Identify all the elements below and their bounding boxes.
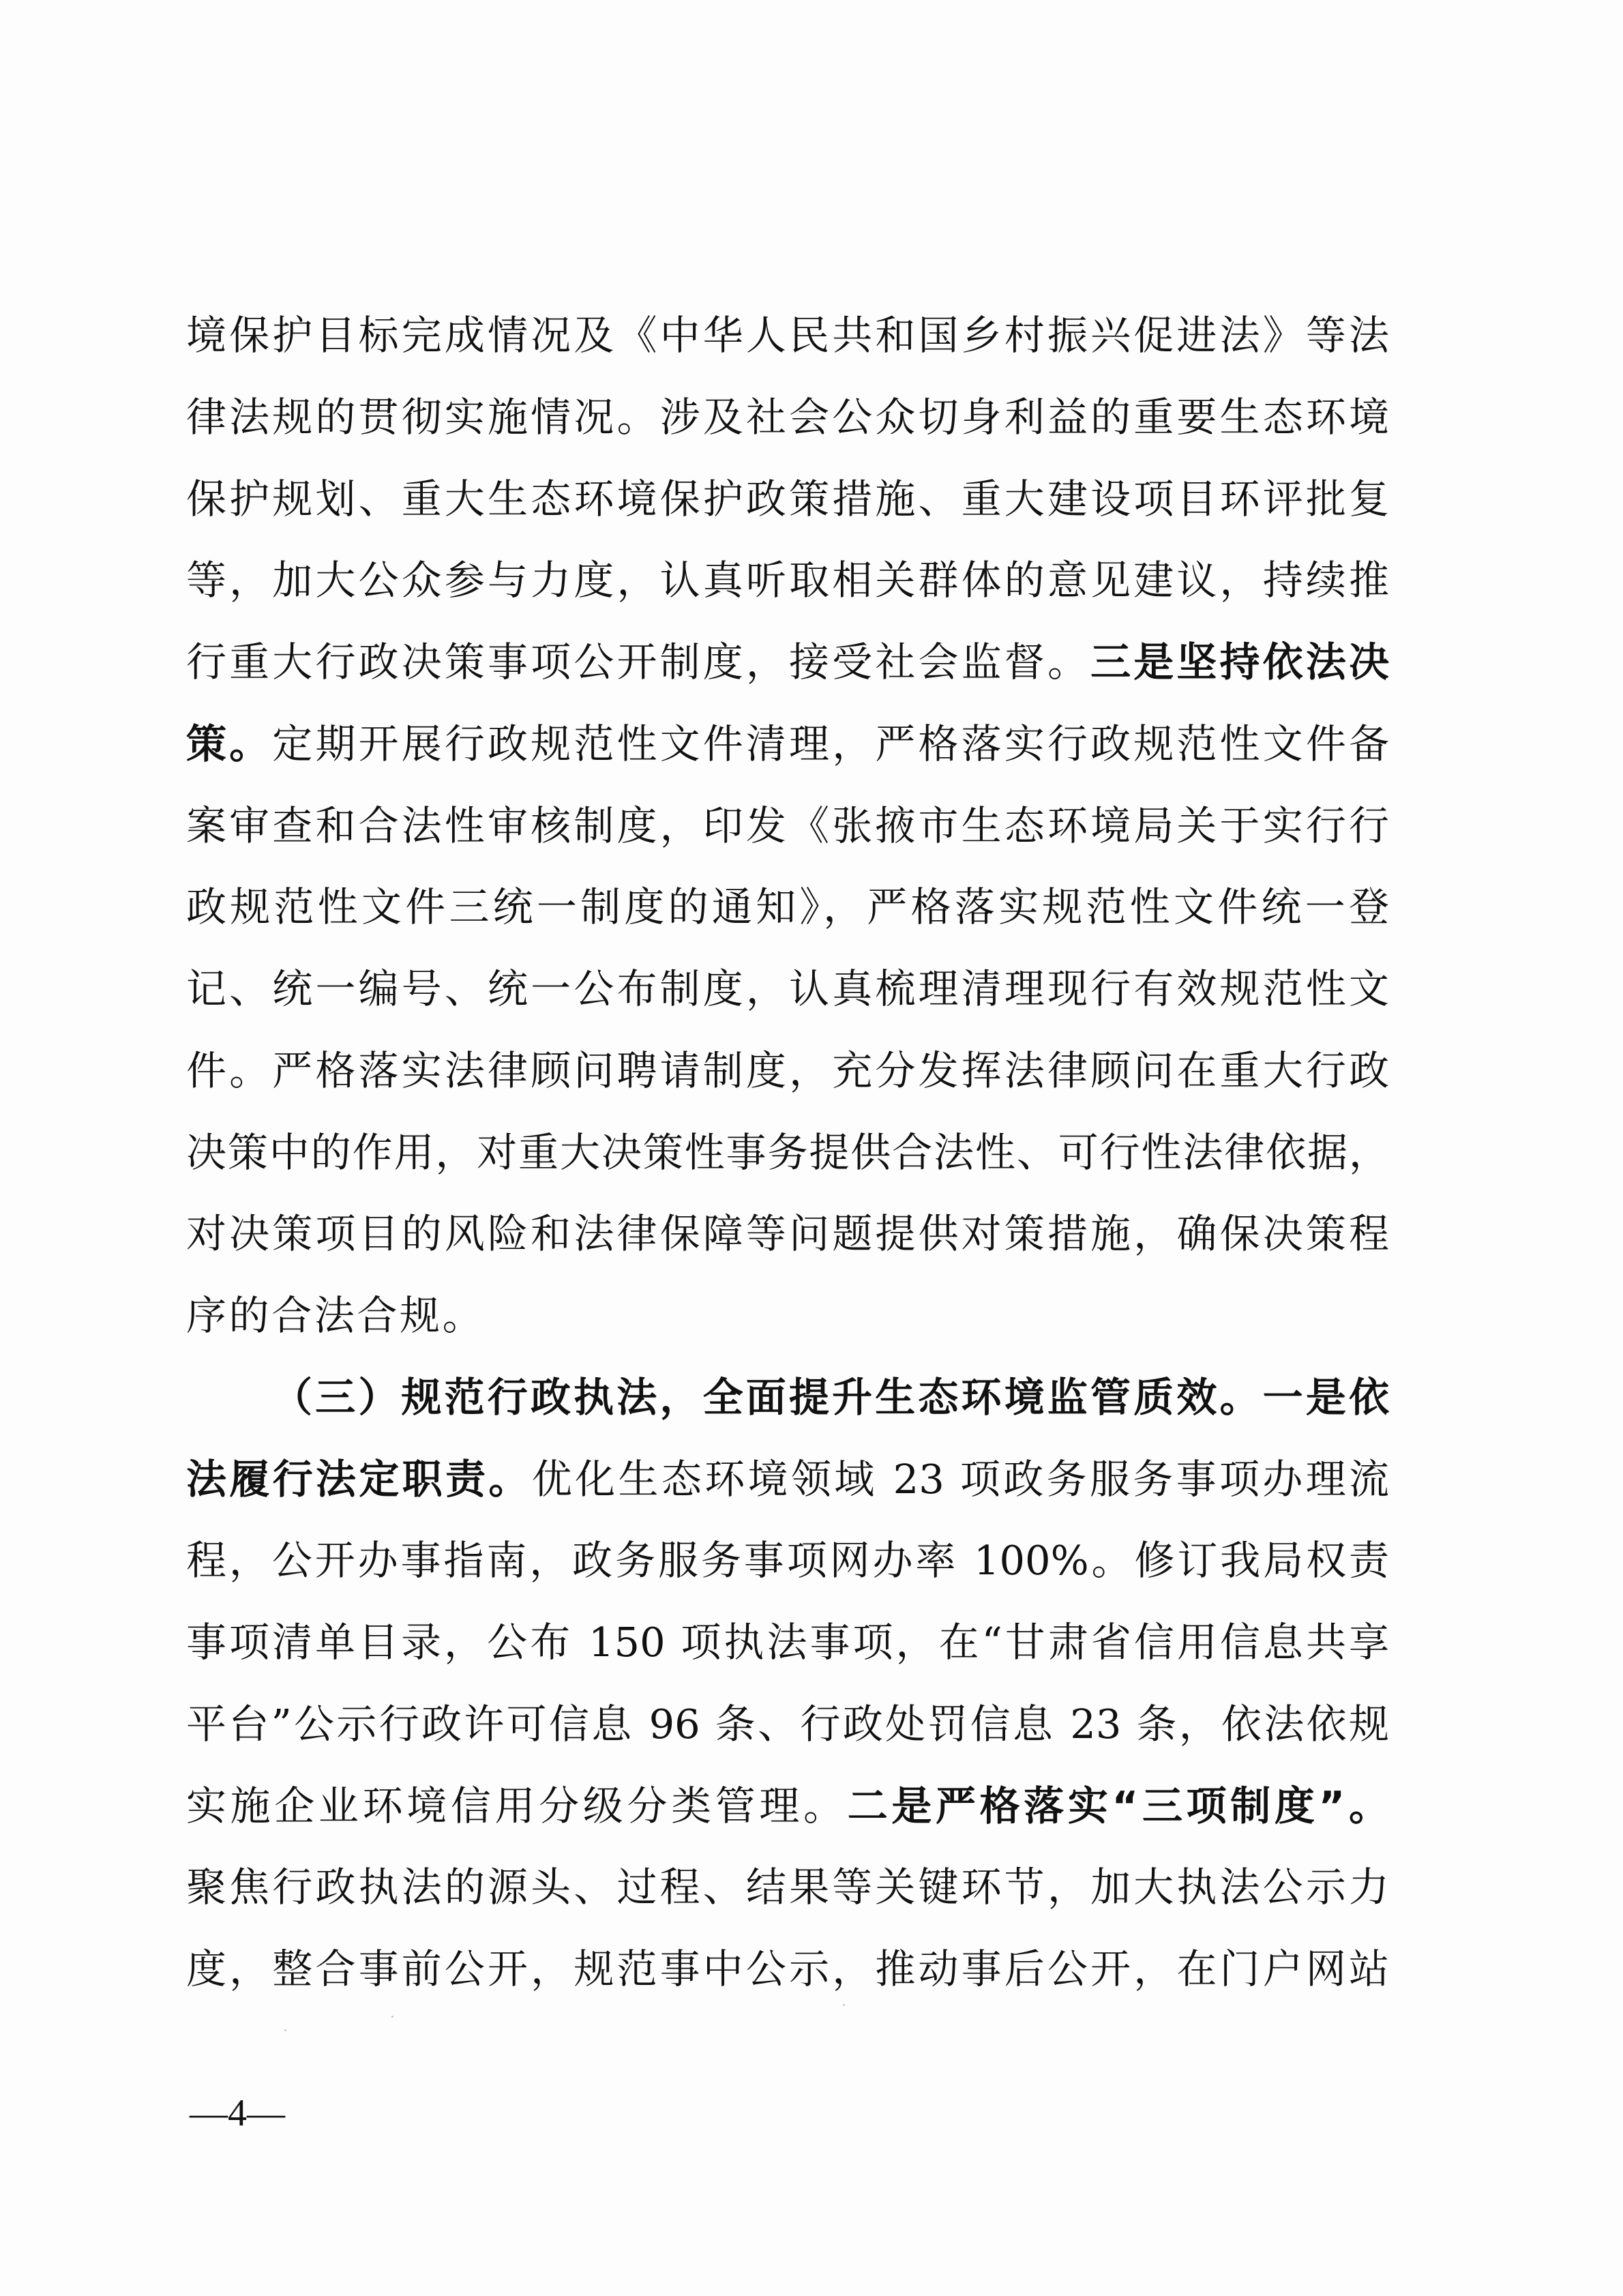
text-segment: 实施企业环境信用分级分类管理。 — [186, 1782, 848, 1829]
text-line: 案审查和合法性审核制度，印发《张掖市生态环境局关于实行行 — [186, 785, 1389, 867]
page-number: —4— — [190, 2094, 285, 2132]
bold-text-segment: 法履行法定职责。 — [186, 1456, 532, 1503]
bold-text-segment: 策。 — [186, 720, 272, 767]
text-segment: 政规范性文件三统一制度的通知》，严格落实规范性文件统一登 — [186, 883, 1389, 930]
text-segment: 记、统一编号、统一公布制度，认真梳理清理现行有效规范性文 — [186, 965, 1389, 1012]
text-segment: 程，公开办事指南，政务服务事项网办率 100%。修订我局权责 — [186, 1537, 1389, 1584]
text-line: 聚焦行政执法的源头、过程、结果等关键环节，加大执法公示力 — [186, 1846, 1389, 1928]
text-line: 度，整合事前公开，规范事中公示，推动事后公开，在门户网站 — [186, 1928, 1389, 2010]
bold-text-segment: 三是坚持依法决 — [1090, 638, 1389, 686]
text-line: 等，加大公众参与力度，认真听取相关群体的意见建议，持续推 — [186, 540, 1389, 621]
text-segment: 行重大行政决策事项公开制度，接受社会监督。 — [186, 638, 1090, 686]
text-segment: 序的合法合规。 — [186, 1292, 485, 1339]
text-segment: 对决策项目的风险和法律保障等问题提供对策措施，确保决策程 — [186, 1210, 1389, 1257]
bold-text-segment: （三）规范行政执法，全面提升生态环境监管质效。一是依 — [272, 1374, 1389, 1421]
text-line: 境保护目标完成情况及《中华人民共和国乡村振兴促进法》等法 — [186, 295, 1389, 377]
text-line: 记、统一编号、统一公布制度，认真梳理清理现行有效规范性文 — [186, 948, 1389, 1030]
text-line: 平台”公示行政许可信息 96 条、行政处罚信息 23 条，依法依规 — [186, 1683, 1389, 1765]
text-line: 实施企业环境信用分级分类管理。二是严格落实“三项制度”。 — [186, 1765, 1389, 1847]
text-line: 政规范性文件三统一制度的通知》，严格落实规范性文件统一登 — [186, 866, 1389, 948]
text-line: 策。定期开展行政规范性文件清理，严格落实行政规范性文件备 — [186, 703, 1389, 785]
text-line: 件。严格落实法律顾问聘请制度，充分发挥法律顾问在重大行政 — [186, 1030, 1389, 1112]
scan-speck — [391, 2016, 393, 2018]
document-page: 境保护目标完成情况及《中华人民共和国乡村振兴促进法》等法律法规的贯彻实施情况。涉… — [0, 0, 1623, 2296]
text-segment: 定期开展行政规范性文件清理，严格落实行政规范性文件备 — [272, 720, 1389, 767]
text-segment: 律法规的贯彻实施情况。涉及社会公众切身利益的重要生态环境 — [186, 394, 1389, 441]
scan-speck — [843, 2004, 845, 2006]
text-segment: 等，加大公众参与力度，认真听取相关群体的意见建议，持续推 — [186, 557, 1389, 604]
text-segment: 聚焦行政执法的源头、过程、结果等关键环节，加大执法公示力 — [186, 1864, 1389, 1911]
text-segment: 境保护目标完成情况及《中华人民共和国乡村振兴促进法》等法 — [186, 312, 1389, 359]
text-segment: 优化生态环境领域 23 项政务服务事项办理流 — [532, 1456, 1389, 1503]
text-line: 对决策项目的风险和法律保障等问题提供对策措施，确保决策程 — [186, 1193, 1389, 1275]
text-line: 程，公开办事指南，政务服务事项网办率 100%。修订我局权责 — [186, 1520, 1389, 1602]
text-line: 保护规划、重大生态环境保护政策措施、重大建设项目环评批复 — [186, 458, 1389, 540]
body-text: 境保护目标完成情况及《中华人民共和国乡村振兴促进法》等法律法规的贯彻实施情况。涉… — [186, 295, 1389, 2010]
text-line: 法履行法定职责。优化生态环境领域 23 项政务服务事项办理流 — [186, 1439, 1389, 1520]
text-line: 律法规的贯彻实施情况。涉及社会公众切身利益的重要生态环境 — [186, 377, 1389, 458]
text-segment: 事项清单目录，公布 150 项执法事项，在“甘肃省信用信息共享 — [186, 1619, 1389, 1666]
text-line: 行重大行政决策事项公开制度，接受社会监督。三是坚持依法决 — [186, 621, 1389, 703]
text-segment: 决策中的作用，对重大决策性事务提供合法性、可行性法律依据， — [186, 1129, 1389, 1176]
scan-speck — [284, 2029, 286, 2031]
text-line: 决策中的作用，对重大决策性事务提供合法性、可行性法律依据， — [186, 1112, 1389, 1194]
text-segment: 保护规划、重大生态环境保护政策措施、重大建设项目环评批复 — [186, 475, 1389, 523]
text-segment: 案审查和合法性审核制度，印发《张掖市生态环境局关于实行行 — [186, 802, 1389, 849]
bold-text-segment: 二是严格落实“三项制度”。 — [848, 1782, 1389, 1829]
text-segment: 平台”公示行政许可信息 96 条、行政处罚信息 23 条，依法依规 — [186, 1701, 1389, 1748]
text-segment: 度，整合事前公开，规范事中公示，推动事后公开，在门户网站 — [186, 1945, 1389, 1992]
text-line: 序的合法合规。 — [186, 1275, 1389, 1357]
text-line: （三）规范行政执法，全面提升生态环境监管质效。一是依 — [186, 1357, 1389, 1439]
text-line: 事项清单目录，公布 150 项执法事项，在“甘肃省信用信息共享 — [186, 1602, 1389, 1683]
text-segment: 件。严格落实法律顾问聘请制度，充分发挥法律顾问在重大行政 — [186, 1047, 1389, 1094]
